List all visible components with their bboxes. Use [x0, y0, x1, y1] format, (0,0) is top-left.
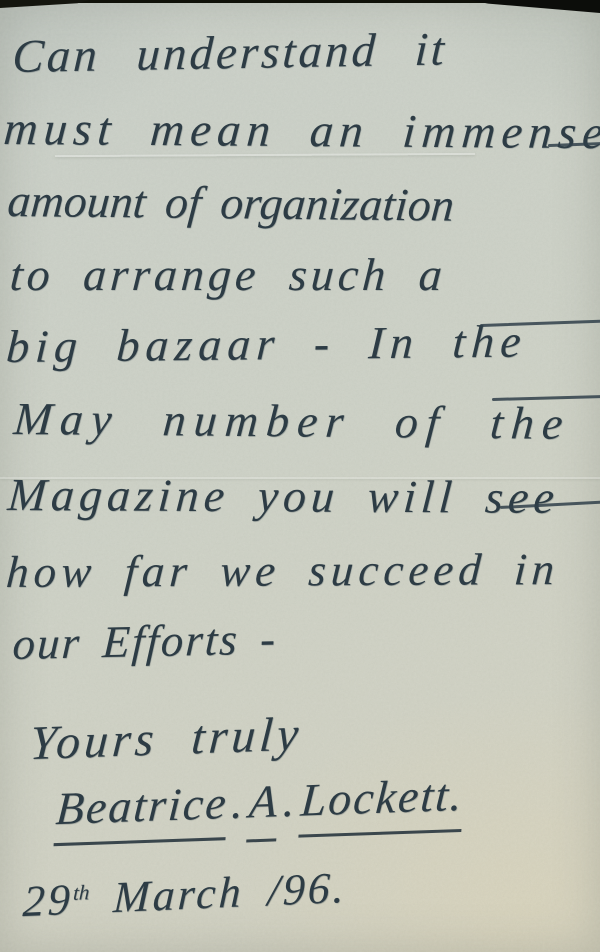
signature-middle-initial: A [246, 775, 281, 842]
date-ordinal-suffix: th [73, 880, 90, 905]
letter-line-4: to arrange such a [8, 248, 448, 301]
letter-line-9: our Efforts - [11, 612, 278, 670]
date-line: 29th March /96. [22, 862, 348, 927]
date-day: 29 [22, 875, 74, 926]
signature-line: Beatrice.A.Lockett. [54, 768, 465, 835]
date-month-year: March /96. [88, 863, 348, 923]
letter-line-7: Magazine you will see [6, 468, 561, 524]
scan-edge-top-right [470, 0, 600, 13]
scan-edge-top-left [0, 0, 90, 8]
letter-line-6: May number of the [12, 392, 573, 450]
signature-first-name: Beatrice [54, 777, 230, 846]
letter-line-2: must mean an immense [2, 102, 600, 160]
letter-line-1: Can understand it [11, 22, 448, 84]
letter-line-5: big bazaar - In the [5, 315, 529, 373]
letter-line-8: how far we succeed in [5, 543, 561, 598]
letter-line-3: amount of organization [6, 174, 456, 232]
closing-line: Yours truly [28, 706, 304, 771]
letter-page: Can understand it must mean an immense a… [0, 0, 600, 952]
signature-last-name: Lockett. [298, 769, 465, 838]
